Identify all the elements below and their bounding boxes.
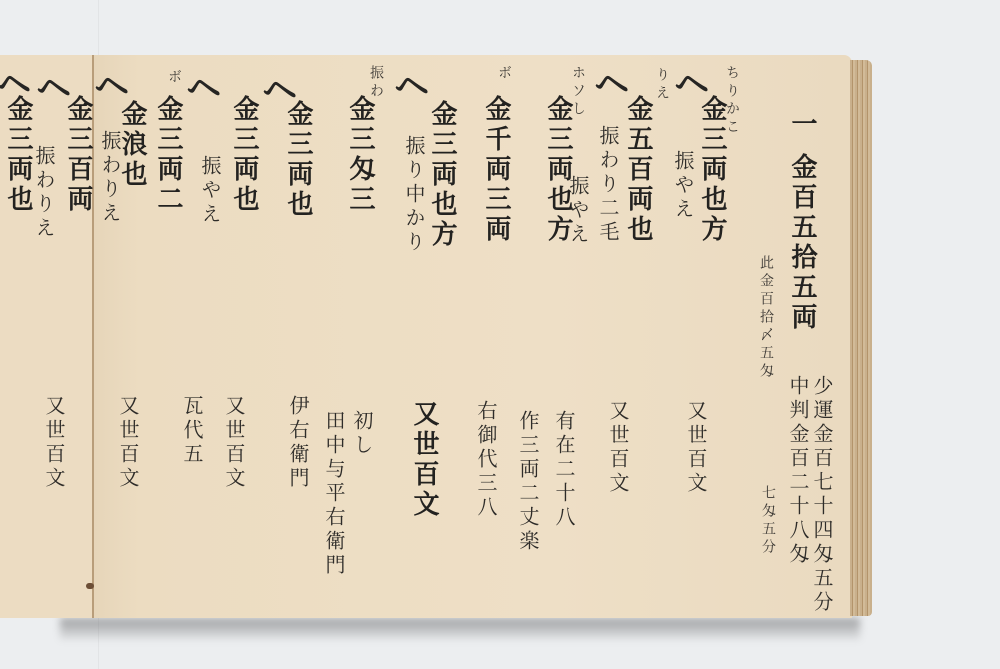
entry-column: 金三両也 — [226, 95, 263, 215]
entry-annotation: 振わ — [366, 65, 386, 101]
entry-column: 金千両三両 — [478, 95, 515, 245]
lower-entry: 伊右衛門 — [284, 395, 313, 491]
lower-entry: 右御代三八 — [472, 400, 501, 520]
lower-entry: 中判金百二十八匁 — [784, 375, 813, 567]
open-ledger-book: ヘ ヘ 金三両也 振わりえ 金三百両 又世百文 ヘ ヘ ヘ ヘ ヘ ヘ 一 金百… — [0, 55, 875, 620]
left-column: 振わりえ — [30, 145, 59, 241]
entry-column: 金三両也 — [280, 100, 317, 220]
entry-annotation: 振やえ — [564, 175, 593, 247]
entry-column: 金五百両也 — [620, 95, 657, 245]
entry-annotation: ホソし — [568, 65, 588, 119]
lower-entry: 作三両二丈楽 — [514, 410, 543, 554]
entry-annotation: 振やえ — [196, 155, 225, 227]
page-stack-edge — [850, 60, 872, 616]
entry-annotation: 振やえ — [669, 150, 698, 222]
left-column: 又世百文 — [40, 395, 69, 491]
binding-hole — [86, 583, 94, 589]
lower-entry: 又世百文 — [406, 400, 443, 520]
lower-entry: 瓦代五 — [178, 395, 207, 467]
entry-column: 一 金百五拾五両 — [784, 110, 821, 333]
lower-entry: 七匁五分 — [758, 485, 778, 557]
entry-mark: ヘ — [183, 59, 223, 112]
book-shadow — [60, 618, 860, 640]
left-page: ヘ ヘ 金三両也 振わりえ 金三百両 又世百文 — [0, 55, 94, 618]
lower-entry: 初し — [348, 410, 377, 458]
lower-entry: 又世百文 — [604, 400, 633, 496]
entry-annotation: ボ — [164, 69, 184, 87]
entry-annotation: 振わりえ — [96, 130, 125, 226]
right-page: ヘ ヘ ヘ ヘ ヘ ヘ 一 金百五拾五両 此金百拾〆五匁 金三両也方 ちりかこ … — [94, 55, 852, 618]
entry-annotation: 振わり二毛 — [594, 125, 623, 245]
entry-column: 金三両也方 — [424, 100, 461, 250]
entry-annotation: 振り中かり — [400, 135, 429, 255]
left-column: 金三百両 — [60, 95, 97, 215]
lower-entry: 田中与平右衛門 — [320, 410, 349, 578]
lower-entry: 又世百文 — [114, 395, 143, 491]
lower-entry: 又世百文 — [220, 395, 249, 491]
lower-entry: 又世百文 — [682, 400, 711, 496]
entry-annotation: ちりかこ — [722, 65, 742, 137]
entry-column: 金三両二 — [150, 95, 187, 215]
entry-annotation: りえ — [652, 67, 672, 103]
entry-annotation: ボ — [494, 65, 514, 83]
lower-entry: 有在二十八 — [550, 410, 579, 530]
entry-column: 金三匁三 — [342, 95, 379, 215]
entry-annotation: 此金百拾〆五匁 — [756, 255, 776, 381]
